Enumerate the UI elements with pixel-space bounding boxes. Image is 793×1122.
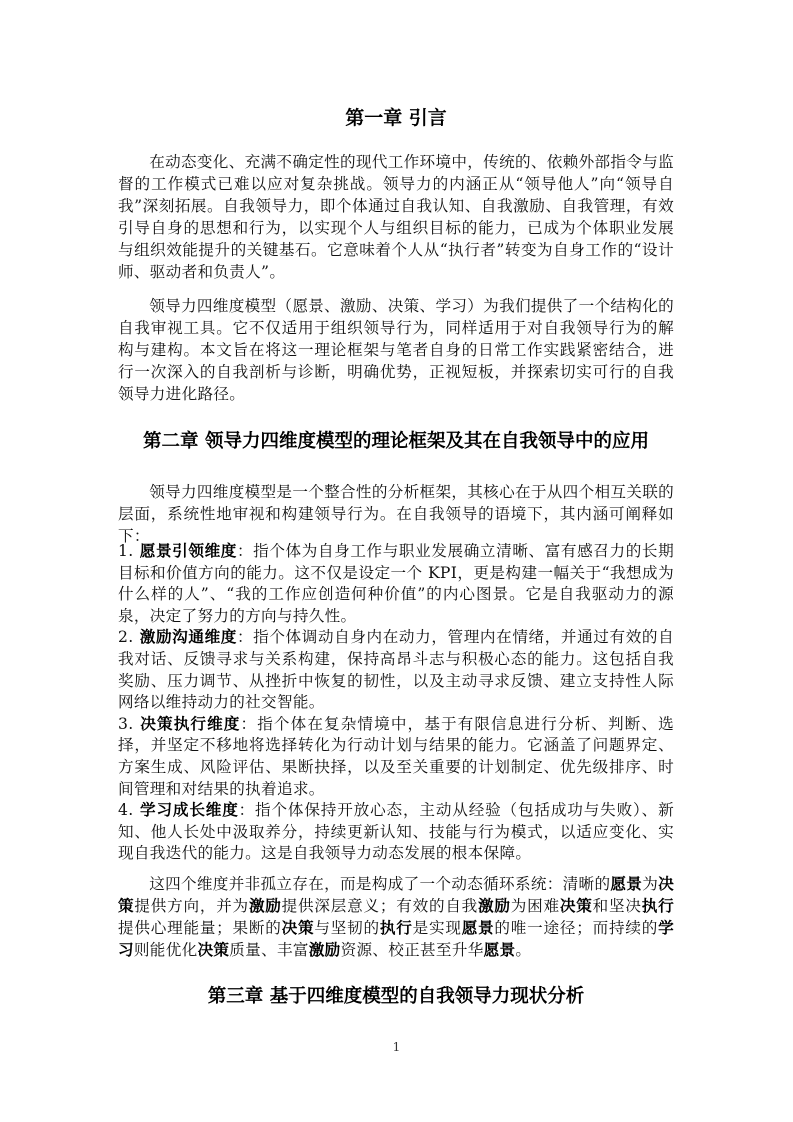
chapter-2-title: 第二章 领导力四维度模型的理论框架及其在自我领导中的应用 bbox=[108, 430, 684, 454]
list-number: 2. bbox=[118, 628, 133, 646]
text-segment: 与坚韧的 bbox=[314, 919, 379, 937]
chapter-3-title: 第三章 基于四维度模型的自我领导力现状分析 bbox=[118, 985, 674, 1009]
page-number: 1 bbox=[0, 1040, 793, 1054]
bold-keyword: 愿景 bbox=[610, 875, 642, 893]
text-segment: 这四个维度并非孤立存在，而是构成了一个动态循环系统：清晰的 bbox=[149, 875, 610, 893]
bold-keyword: 愿景 bbox=[462, 919, 495, 937]
dimension-item-motivation: 2.激励沟通维度：指个体调动自身内在动力，管理内在情绪，并通过有效的自我对话、反… bbox=[118, 627, 674, 713]
chapter-2-intro: 领导力四维度模型是一个整合性的分析框架，其核心在于从四个相互关联的层面，系统性地… bbox=[118, 481, 674, 547]
chapter-1-title: 第一章 引言 bbox=[118, 106, 674, 130]
text-segment: 的唯一途径；而持续的 bbox=[494, 919, 658, 937]
text-segment: 。 bbox=[515, 941, 531, 959]
text-segment: 和坚决 bbox=[593, 897, 642, 915]
bold-keyword: 决策 bbox=[197, 941, 229, 959]
chapter-1-paragraph-1: 在动态变化、充满不确定性的现代工作环境中，传统的、依赖外部指令与监督的工作模式已… bbox=[118, 151, 674, 283]
dimension-term: 决策执行维度 bbox=[139, 715, 240, 733]
chapter-1-paragraph-2: 领导力四维度模型（愿景、激励、决策、学习）为我们提供了一个结构化的自我审视工具。… bbox=[118, 295, 674, 405]
dimension-item-decision: 3.决策执行维度：指个体在复杂情境中，基于有限信息进行分析、判断、选择，并坚定不… bbox=[118, 714, 674, 800]
bold-keyword: 激励 bbox=[249, 897, 282, 915]
chapter-2-summary: 这四个维度并非孤立存在，而是构成了一个动态循环系统：清晰的愿景为决策提供方向，并… bbox=[118, 873, 674, 961]
bold-keyword: 决策 bbox=[560, 897, 593, 915]
dimension-item-vision: 1.愿景引领维度：指个体为自身工作与职业发展确立清晰、富有感召力的长期目标和价值… bbox=[118, 541, 674, 627]
list-number: 4. bbox=[118, 801, 133, 819]
list-number: 1. bbox=[118, 542, 133, 560]
bold-keyword: 激励 bbox=[478, 897, 511, 915]
text-segment: 提供方向，并为 bbox=[134, 897, 249, 915]
dimension-item-learning: 4.学习成长维度：指个体保持开放心态，主动从经验（包括成功与失败）、新知、他人长… bbox=[118, 800, 674, 865]
text-segment: 资源、校正甚至升华 bbox=[341, 941, 484, 959]
text-segment: 为 bbox=[642, 875, 658, 893]
bold-keyword: 执行 bbox=[642, 897, 674, 915]
text-segment: 则能优化 bbox=[134, 941, 198, 959]
text-segment: 提供深层意义；有效的自我 bbox=[282, 897, 478, 915]
text-segment: 提供心理能量；果断的 bbox=[118, 919, 282, 937]
bold-keyword: 执行 bbox=[380, 919, 413, 937]
text-segment: 是实现 bbox=[413, 919, 462, 937]
dimension-list: 1.愿景引领维度：指个体为自身工作与职业发展确立清晰、富有感召力的长期目标和价值… bbox=[118, 541, 674, 865]
bold-keyword: 愿景 bbox=[484, 941, 516, 959]
dimension-term: 学习成长维度 bbox=[139, 801, 238, 819]
bold-keyword: 激励 bbox=[309, 941, 341, 959]
text-segment: 为困难 bbox=[511, 897, 560, 915]
list-number: 3. bbox=[118, 715, 133, 733]
bold-keyword: 决策 bbox=[282, 919, 315, 937]
text-segment: 质量、丰富 bbox=[229, 941, 308, 959]
dimension-term: 激励沟通维度 bbox=[139, 628, 236, 646]
dimension-term: 愿景引领维度 bbox=[139, 542, 236, 560]
